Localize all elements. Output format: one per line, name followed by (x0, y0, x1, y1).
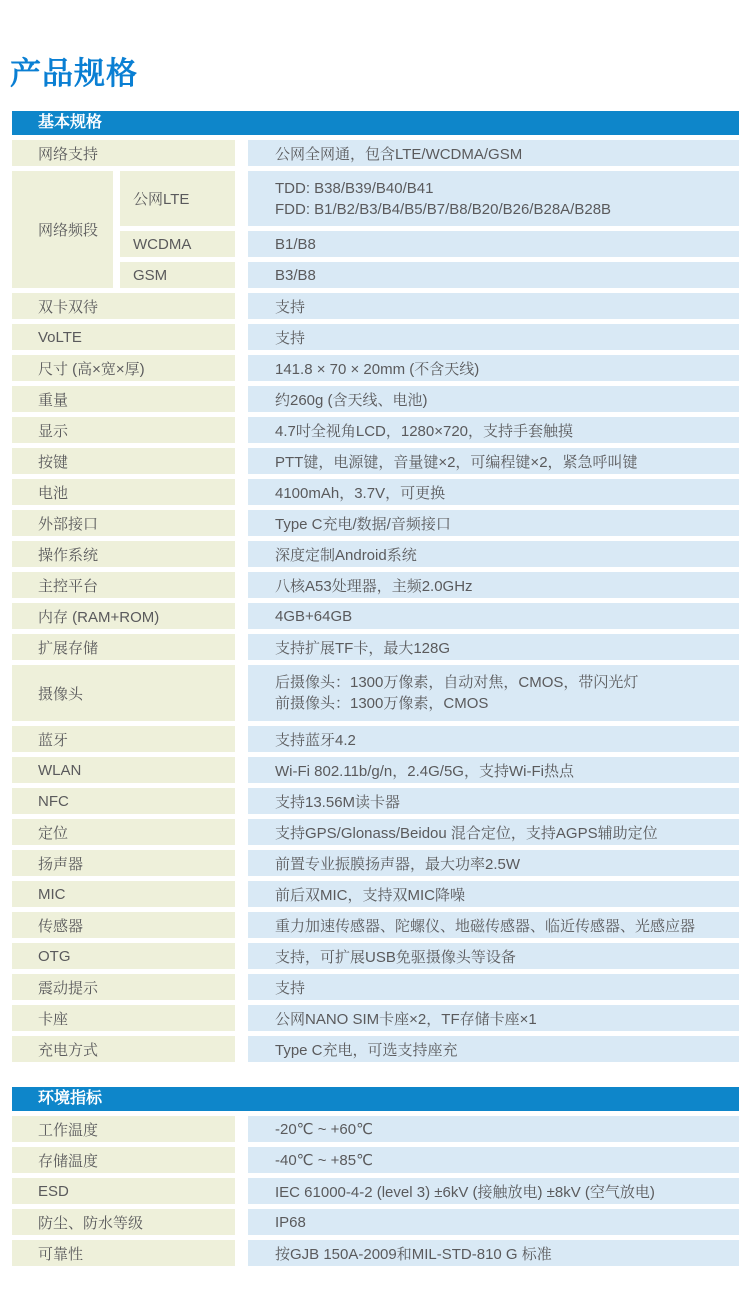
spec-label: 内存 (RAM+ROM) (12, 603, 235, 629)
spec-value: 公网NANO SIM卡座×2，TF存储卡座×1 (248, 1005, 739, 1031)
spec-value: 支持 (248, 974, 739, 1000)
spec-label: NFC (12, 788, 235, 814)
spec-label: 操作系统 (12, 541, 235, 567)
spec-row: 工作温度 -20℃ ~ +60℃ (12, 1116, 739, 1142)
spec-value: 支持蓝牙4.2 (248, 726, 739, 752)
spec-value: 八核A53处理器，主频2.0GHz (248, 572, 739, 598)
section-header-basic: 基本规格 (12, 111, 739, 135)
spec-row-network-bands: 网络频段 公网LTE TDD: B38/B39/B40/B41 FDD: B1/… (12, 171, 739, 288)
spec-value: 前后双MIC，支持双MIC降噪 (248, 881, 739, 907)
section-environment-specs: 环境指标 工作温度 -20℃ ~ +60℃ 存储温度 -40℃ ~ +85℃ E… (12, 1087, 739, 1266)
spec-row: 扩展存储 支持扩展TF卡，最大128G (12, 634, 739, 660)
spec-label: 网络频段 (12, 171, 113, 288)
spec-label: MIC (12, 881, 235, 907)
spec-row: WLAN Wi-Fi 802.11b/g/n，2.4G/5G，支持Wi-Fi热点 (12, 757, 739, 783)
spec-label: VoLTE (12, 324, 235, 350)
spec-row: 主控平台 八核A53处理器，主频2.0GHz (12, 572, 739, 598)
spec-value: 前置专业振膜扬声器，最大功率2.5W (248, 850, 739, 876)
spec-label: WLAN (12, 757, 235, 783)
spec-value: 支持GPS/Glonass/Beidou 混合定位，支持AGPS辅助定位 (248, 819, 739, 845)
spec-label: 充电方式 (12, 1036, 235, 1062)
spec-value: 支持 (248, 324, 739, 350)
spec-row: 防尘、防水等级 IP68 (12, 1209, 739, 1235)
spec-row: 传感器 重力加速传感器、陀螺仪、地磁传感器、临近传感器、光感应器 (12, 912, 739, 938)
network-band-subrows: 公网LTE TDD: B38/B39/B40/B41 FDD: B1/B2/B3… (120, 171, 739, 288)
spec-value: 按GJB 150A-2009和MIL-STD-810 G 标准 (248, 1240, 739, 1266)
spec-row: 电池 4100mAh，3.7V，可更换 (12, 479, 739, 505)
spec-subrow: GSM B3/B8 (120, 262, 739, 288)
spec-row: 卡座 公网NANO SIM卡座×2，TF存储卡座×1 (12, 1005, 739, 1031)
spec-row: 按键 PTT键，电源键，音量键×2，可编程键×2，紧急呼叫键 (12, 448, 739, 474)
spec-row: 外部接口 Type C充电/数据/音频接口 (12, 510, 739, 536)
spec-value: 深度定制Android系统 (248, 541, 739, 567)
spec-value: B3/B8 (248, 262, 739, 288)
spec-value: 4.7吋全视角LCD，1280×720，支持手套触摸 (248, 417, 739, 443)
spec-value: IEC 61000-4-2 (level 3) ±6kV (接触放电) ±8kV… (248, 1178, 739, 1204)
spec-row-camera: 摄像头 后摄像头：1300万像素，自动对焦，CMOS，带闪光灯 前摄像头：130… (12, 665, 739, 721)
spec-sublabel: GSM (120, 262, 235, 288)
spec-value: 后摄像头：1300万像素，自动对焦，CMOS，带闪光灯 前摄像头：1300万像素… (248, 665, 739, 721)
spec-label: 扩展存储 (12, 634, 235, 660)
section-basic-specs: 基本规格 网络支持 公网全网通，包含LTE/WCDMA/GSM 网络频段 公网L… (12, 111, 739, 1062)
spec-value: TDD: B38/B39/B40/B41 FDD: B1/B2/B3/B4/B5… (248, 171, 739, 226)
spec-value-line-1: 后摄像头：1300万像素，自动对焦，CMOS，带闪光灯 (275, 672, 638, 693)
spec-sublabel: WCDMA (120, 231, 235, 257)
spec-value: PTT键，电源键，音量键×2，可编程键×2，紧急呼叫键 (248, 448, 739, 474)
spec-label: 主控平台 (12, 572, 235, 598)
spec-row: 可靠性 按GJB 150A-2009和MIL-STD-810 G 标准 (12, 1240, 739, 1266)
page-title: 产品规格 (10, 56, 739, 92)
spec-value: 支持扩展TF卡，最大128G (248, 634, 739, 660)
spec-subrow: 公网LTE TDD: B38/B39/B40/B41 FDD: B1/B2/B3… (120, 171, 739, 226)
spec-page: 产品规格 基本规格 网络支持 公网全网通，包含LTE/WCDMA/GSM 网络频… (0, 0, 750, 1266)
spec-sublabel: 公网LTE (120, 171, 235, 226)
spec-label: 网络支持 (12, 140, 235, 166)
spec-row: NFC 支持13.56M读卡器 (12, 788, 739, 814)
spec-row: MIC 前后双MIC，支持双MIC降噪 (12, 881, 739, 907)
spec-value: Type C充电，可选支持座充 (248, 1036, 739, 1062)
spec-value-line-1: TDD: B38/B39/B40/B41 (275, 178, 433, 199)
spec-row: 双卡双待 支持 (12, 293, 739, 319)
spec-row: 定位 支持GPS/Glonass/Beidou 混合定位，支持AGPS辅助定位 (12, 819, 739, 845)
spec-value: Wi-Fi 802.11b/g/n，2.4G/5G，支持Wi-Fi热点 (248, 757, 739, 783)
spec-value: 141.8 × 70 × 20mm (不含天线) (248, 355, 739, 381)
spec-label: OTG (12, 943, 235, 969)
spec-value: 约260g (含天线、电池) (248, 386, 739, 412)
spec-value: 支持 (248, 293, 739, 319)
spec-value: 4100mAh，3.7V，可更换 (248, 479, 739, 505)
spec-row: VoLTE 支持 (12, 324, 739, 350)
spec-value: -20℃ ~ +60℃ (248, 1116, 739, 1142)
spec-value: 重力加速传感器、陀螺仪、地磁传感器、临近传感器、光感应器 (248, 912, 739, 938)
spec-label: 扬声器 (12, 850, 235, 876)
spec-label: 传感器 (12, 912, 235, 938)
spec-row: 内存 (RAM+ROM) 4GB+64GB (12, 603, 739, 629)
spec-label: 尺寸 (高×宽×厚) (12, 355, 235, 381)
spec-value-line-2: 前摄像头：1300万像素，CMOS (275, 693, 488, 714)
spec-value: 支持，可扩展USB免驱摄像头等设备 (248, 943, 739, 969)
spec-row: 重量 约260g (含天线、电池) (12, 386, 739, 412)
spec-label: 防尘、防水等级 (12, 1209, 235, 1235)
spec-label: 外部接口 (12, 510, 235, 536)
spec-label: ESD (12, 1178, 235, 1204)
spec-label: 摄像头 (12, 665, 235, 721)
spec-row: ESD IEC 61000-4-2 (level 3) ±6kV (接触放电) … (12, 1178, 739, 1204)
spec-label: 存储温度 (12, 1147, 235, 1173)
spec-label: 双卡双待 (12, 293, 235, 319)
spec-value: Type C充电/数据/音频接口 (248, 510, 739, 536)
spec-label: 按键 (12, 448, 235, 474)
spec-value: 4GB+64GB (248, 603, 739, 629)
spec-row: 震动提示 支持 (12, 974, 739, 1000)
spec-label: 工作温度 (12, 1116, 235, 1142)
spec-row: 存储温度 -40℃ ~ +85℃ (12, 1147, 739, 1173)
spec-value: 支持13.56M读卡器 (248, 788, 739, 814)
spec-label: 电池 (12, 479, 235, 505)
spec-label: 定位 (12, 819, 235, 845)
spec-label: 蓝牙 (12, 726, 235, 752)
spec-label: 重量 (12, 386, 235, 412)
spec-row: OTG 支持，可扩展USB免驱摄像头等设备 (12, 943, 739, 969)
spec-row: 显示 4.7吋全视角LCD，1280×720，支持手套触摸 (12, 417, 739, 443)
spec-label: 卡座 (12, 1005, 235, 1031)
spec-value: 公网全网通，包含LTE/WCDMA/GSM (248, 140, 739, 166)
spec-value: B1/B8 (248, 231, 739, 257)
spec-label: 显示 (12, 417, 235, 443)
spec-row: 网络支持 公网全网通，包含LTE/WCDMA/GSM (12, 140, 739, 166)
spec-row: 尺寸 (高×宽×厚) 141.8 × 70 × 20mm (不含天线) (12, 355, 739, 381)
spec-value: IP68 (248, 1209, 739, 1235)
spec-value: -40℃ ~ +85℃ (248, 1147, 739, 1173)
spec-value-line-2: FDD: B1/B2/B3/B4/B5/B7/B8/B20/B26/B28A/B… (275, 199, 611, 220)
spec-label: 可靠性 (12, 1240, 235, 1266)
spec-row: 操作系统 深度定制Android系统 (12, 541, 739, 567)
spec-label: 震动提示 (12, 974, 235, 1000)
spec-subrow: WCDMA B1/B8 (120, 231, 739, 257)
spec-row: 扬声器 前置专业振膜扬声器，最大功率2.5W (12, 850, 739, 876)
section-header-environment: 环境指标 (12, 1087, 739, 1111)
spec-row: 充电方式 Type C充电，可选支持座充 (12, 1036, 739, 1062)
spec-row: 蓝牙 支持蓝牙4.2 (12, 726, 739, 752)
